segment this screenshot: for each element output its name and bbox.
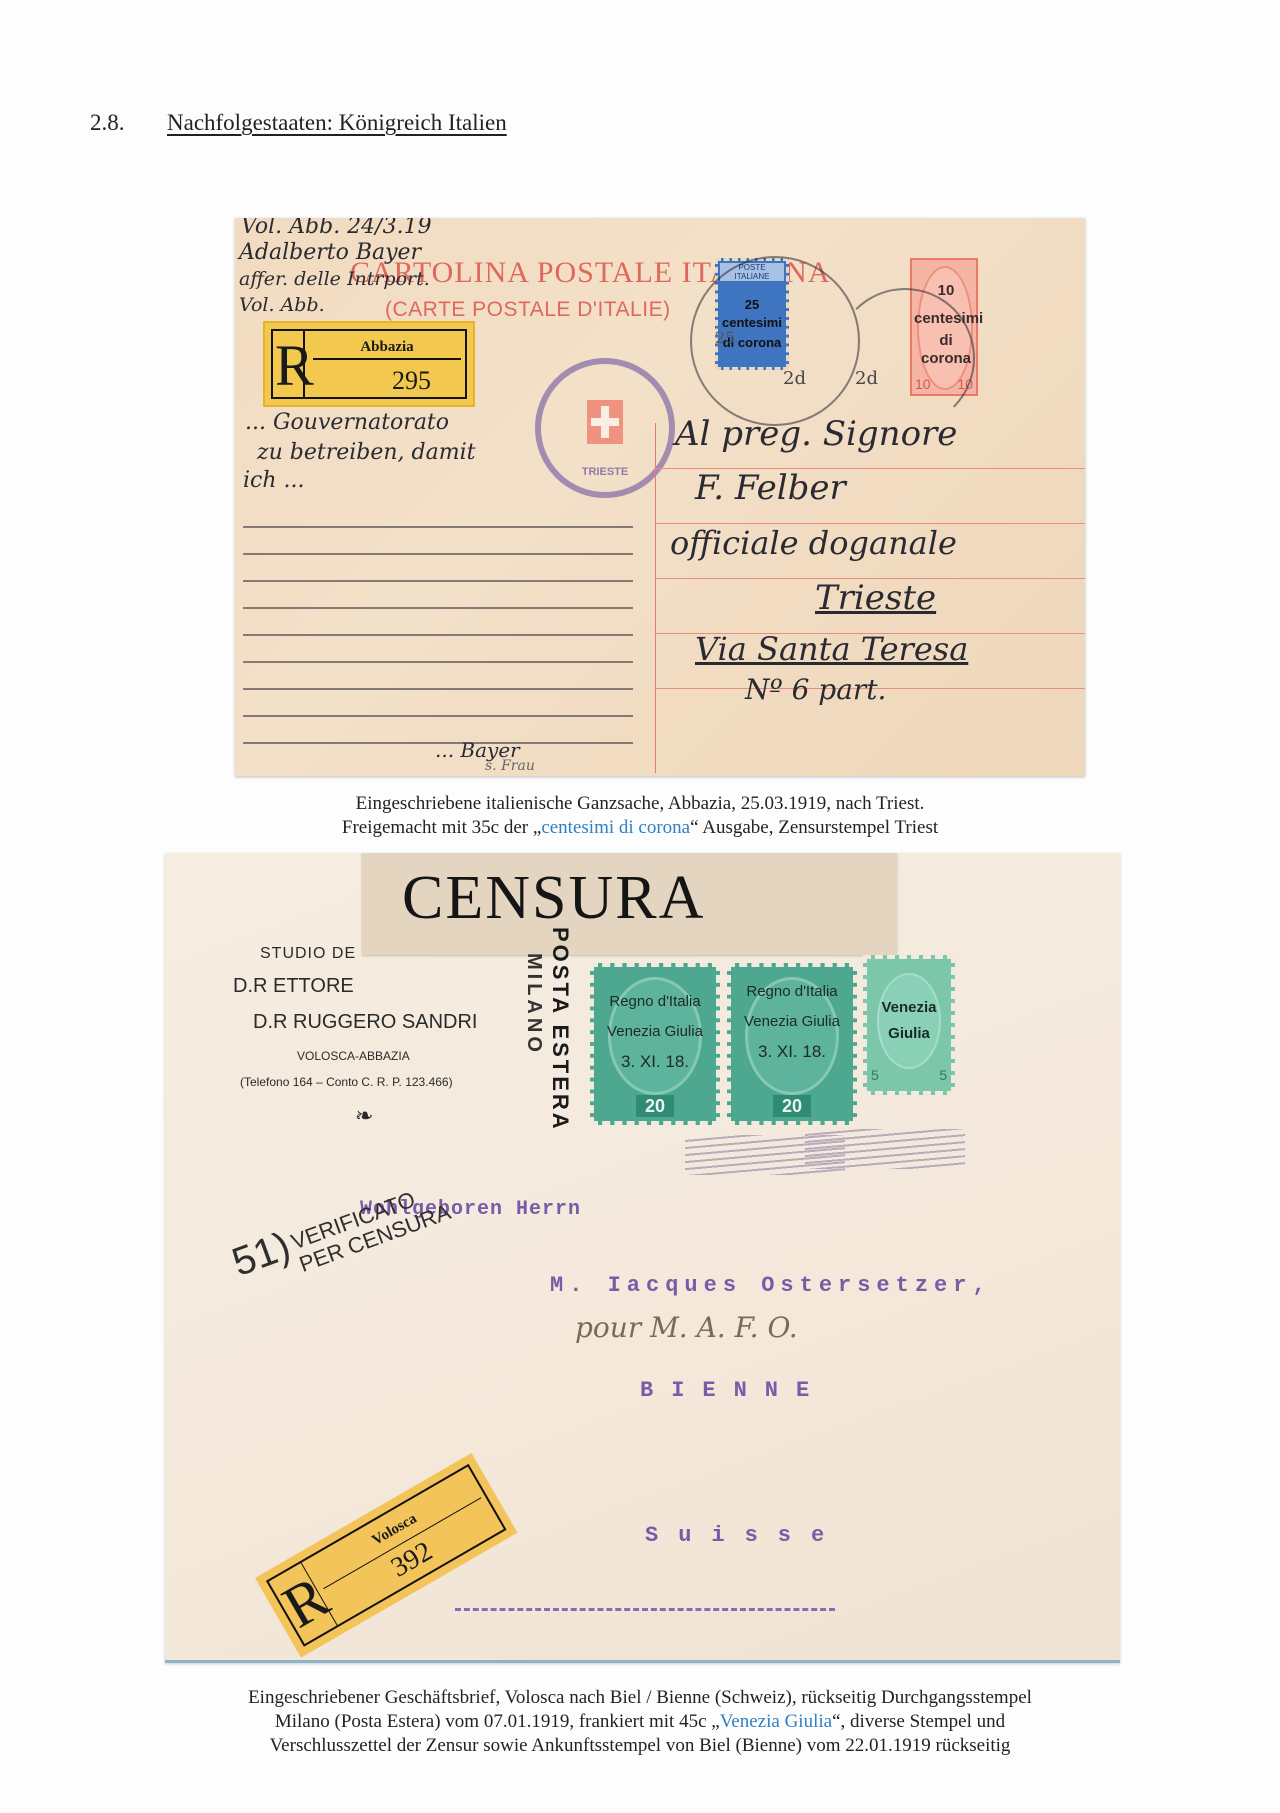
postmark-code: 2d [855, 368, 878, 389]
typed-underline [455, 1608, 835, 1611]
caption-text: “ Ausgabe, Zensurstempel Triest [690, 817, 938, 838]
stamp-overprint: Venezia [867, 999, 951, 1017]
stamp-overprint: 3. XI. 18. [594, 1053, 716, 1071]
letterhead-line: (Telefono 164 – Conto C. R. P. 123.466) [240, 1075, 453, 1089]
caption-line: Eingeschriebene italienische Ganzsache, … [0, 792, 1280, 816]
caption-line: Freigemacht mit 35c der „centesimi di co… [0, 816, 1280, 840]
caption-line: Eingeschriebener Geschäftsbrief, Volosca… [0, 1686, 1280, 1710]
savoy-cross-icon [587, 400, 623, 444]
letterhead-line: D.R ETTORE [233, 975, 354, 998]
transit-stamp-line: MILANO [522, 953, 545, 1056]
typed-address-line: BIENNE [640, 1378, 827, 1403]
address-line-text: F. Felber [695, 468, 846, 508]
censor-strip-text: CENSURA [402, 863, 705, 934]
overprint-stamp-20h: Regno d'Italia Venezia Giulia 3. XI. 18.… [590, 963, 720, 1125]
caption-line: Verschlusszettel der Zensur sowie Ankunf… [0, 1734, 1280, 1758]
stamp-value: 5 [939, 1067, 947, 1083]
message-postscript: s. Frau [485, 758, 535, 774]
stamp-value: 5 [871, 1067, 879, 1083]
overprint-stamp-20h: Regno d'Italia Venezia Giulia 3. XI. 18.… [727, 963, 857, 1125]
caption-highlight: centesimi di corona [541, 817, 690, 838]
censor-stamp-trieste: TRIESTE [535, 358, 675, 498]
postmark-code: 2d [783, 368, 806, 389]
registration-label: R Volosca 392 [255, 1453, 518, 1658]
stamp-overprint: Giulia [867, 1025, 951, 1043]
stamp-overprint: Regno d'Italia [731, 983, 853, 1001]
caption-text: Milano (Posta Estera) vom 07.01.1919, fr… [275, 1711, 720, 1732]
message-line: ich ... [243, 468, 305, 493]
letterhead-line: VOLOSCA-ABBAZIA [297, 1049, 410, 1063]
caption-line: Milano (Posta Estera) vom 07.01.1919, fr… [0, 1710, 1280, 1734]
address-divider [655, 423, 656, 773]
caption-item-2: Eingeschriebener Geschäftsbrief, Volosca… [0, 1686, 1280, 1758]
sender-note-line: Adalberto Bayer [239, 240, 421, 265]
stamp-overprint: 3. XI. 18. [731, 1043, 853, 1061]
page-heading: 2.8.Nachfolgestaaten: Königreich Italien [90, 110, 507, 136]
overprint-stamp-5c: Venezia Giulia 5 5 [863, 955, 955, 1095]
typed-address-line: Suisse [645, 1523, 844, 1548]
section-title: Nachfolgestaaten: Königreich Italien [167, 110, 507, 135]
stamp-value: 20 [773, 1095, 811, 1117]
ornament-icon: ❧ [355, 1103, 373, 1129]
message-line: zu betreiben, damit [257, 440, 475, 465]
postmark-circle [835, 288, 975, 428]
caption-item-1: Eingeschriebene italienische Ganzsache, … [0, 792, 1280, 840]
registration-place: Abbazia [313, 334, 461, 360]
registration-number: 295 [313, 363, 461, 399]
verification-number: 51) [227, 1224, 296, 1285]
address-line-text: Nº 6 part. [745, 673, 886, 706]
censor-verification-stamp: 51)VERIFICATOPER CENSURA [230, 1178, 454, 1299]
message-line: ... Gouvernatorato [245, 410, 449, 435]
sender-note-line: affer. delle Intrport. [239, 268, 430, 290]
postcard-printed-subtitle: (CARTE POSTALE D'ITALIE) [385, 298, 671, 322]
registration-letter: R [275, 331, 305, 397]
postcard-image: CARTOLINA POSTALE ITALIANA (CARTE POSTAL… [235, 218, 1085, 776]
stamp-value: 20 [636, 1095, 674, 1117]
censor-stamp-city: TRIESTE [541, 466, 669, 478]
handwritten-address: pour M. A. F. O. [575, 1311, 798, 1344]
letterhead-line: STUDIO DE [260, 945, 356, 963]
stamp-overprint: Venezia Giulia [731, 1013, 853, 1031]
address-line-text: Al preg. Signore [675, 414, 957, 454]
stamp-overprint: Venezia Giulia [594, 1023, 716, 1041]
postmark-date: 25 [715, 328, 735, 347]
wavy-cancel [805, 1129, 965, 1169]
censor-closure-strip: CENSURA [362, 853, 897, 955]
registration-label: R Abbazia 295 [263, 321, 475, 407]
caption-text: Freigemacht mit 35c der „ [342, 817, 541, 838]
envelope-image: CENSURA STUDIO DE D.R ETTORE D.R RUGGERO… [165, 853, 1120, 1663]
stamp-overprint: Regno d'Italia [594, 993, 716, 1011]
caption-highlight: Venezia Giulia [720, 1711, 832, 1732]
sender-note-line: Vol. Abb. 24/3.19 [241, 218, 432, 239]
typed-address-line: M. Iacques Ostersetzer, [550, 1273, 992, 1298]
sender-note-line: Vol. Abb. [239, 294, 325, 316]
address-line-text: Via Santa Teresa [695, 630, 968, 668]
letterhead-line: D.R RUGGERO SANDRI [253, 1011, 477, 1034]
address-line-text: Trieste [815, 578, 936, 618]
caption-text: “, diverse Stempel und [832, 1711, 1005, 1732]
address-line-text: officiale doganale [670, 524, 957, 562]
section-number: 2.8. [90, 110, 167, 136]
stamp-portrait-frame [877, 973, 941, 1069]
transit-stamp-line: POSTA ESTERA [547, 927, 573, 1132]
handwritten-message-block [243, 508, 633, 748]
